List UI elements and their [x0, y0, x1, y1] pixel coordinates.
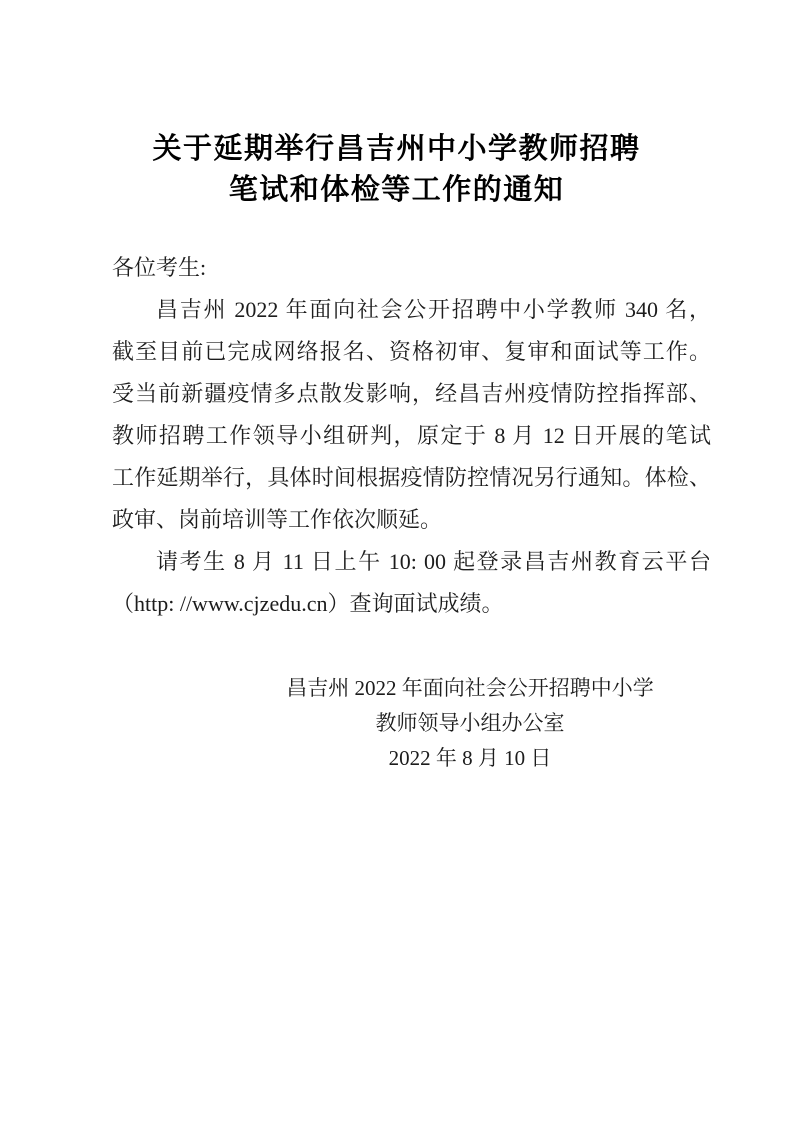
notice-document-page: 关于延期举行昌吉州中小学教师招聘 笔试和体检等工作的通知 各位考生: 昌吉州 2…: [0, 0, 793, 1122]
body-line-3: 受当前新疆疫情多点散发影响，经昌吉州疫情防控指挥部、: [112, 373, 711, 415]
notice-title-line-2: 笔试和体检等工作的通知: [0, 170, 793, 211]
body-line-5: 工作延期举行，具体时间根据疫情防控情况另行通知。体检、: [112, 457, 711, 499]
signature-date: 2022 年 8 月 10 日: [147, 741, 793, 776]
body-line-4: 教师招聘工作领导小组研判，原定于 8 月 12 日开展的笔试: [112, 415, 711, 457]
body-line-1: 昌吉州 2022 年面向社会公开招聘中小学教师 340 名，: [112, 289, 711, 331]
notice-title: 关于延期举行昌吉州中小学教师招聘 笔试和体检等工作的通知: [0, 129, 793, 211]
body-line-2: 截至目前已完成网络报名、资格初审、复审和面试等工作。: [112, 331, 711, 373]
signature-block: 昌吉州 2022 年面向社会公开招聘中小学 教师领导小组办公室 2022 年 8…: [0, 671, 793, 776]
signature-line-2: 教师领导小组办公室: [147, 706, 793, 741]
body-line-7: 请考生 8 月 11 日上午 10: 00 起登录昌吉州教育云平台: [112, 541, 711, 583]
notice-title-line-1: 关于延期举行昌吉州中小学教师招聘: [0, 129, 793, 170]
salutation: 各位考生:: [112, 247, 711, 289]
signature-line-1: 昌吉州 2022 年面向社会公开招聘中小学: [147, 671, 793, 706]
notice-body: 各位考生: 昌吉州 2022 年面向社会公开招聘中小学教师 340 名， 截至目…: [112, 247, 711, 625]
body-line-6: 政审、岗前培训等工作依次顺延。: [112, 499, 711, 541]
body-line-8-website-url: （http: //www.cjzedu.cn）查询面试成绩。: [112, 583, 711, 625]
